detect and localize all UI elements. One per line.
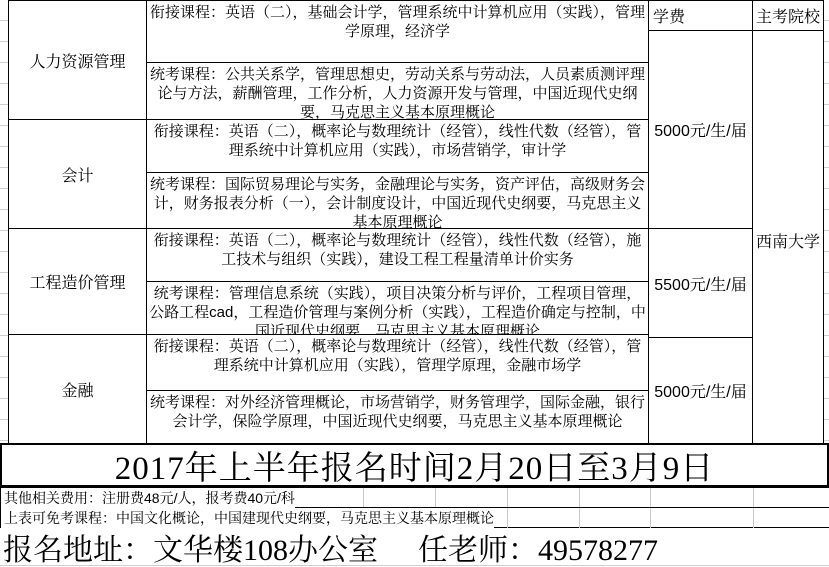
major-cell: 会计 xyxy=(9,120,147,229)
column-gridline xyxy=(650,508,651,528)
unified-courses-cell: 统考课程：对外经济管理概论，市场营销学，财务管理学，国际金融，银行会计学，保险学… xyxy=(147,391,649,443)
majors-course-table: 人力资源管理 会计 工程造价管理 金融 衔接课程：英语（二），基础会计学，管理系… xyxy=(8,0,824,444)
bridge-courses-cell: 衔接课程：英语（二），概率论与数理统计（经管），线性代数（经管），施工技术与组织… xyxy=(147,229,649,282)
major-cell: 工程造价管理 xyxy=(9,229,147,335)
right-margin-gridlines xyxy=(824,0,829,444)
fee-cell: 5000元/生/届 xyxy=(649,31,753,229)
column-gridline xyxy=(579,488,580,507)
unified-courses-cell: 统考课程：管理信息系统（实践），项目决策分析与评价，工程项目管理，公路工程cad… xyxy=(147,282,649,335)
bridge-courses-cell: 衔接课程：英语（二），概率论与数理统计（经管），线性代数（经管），管理系统中计算… xyxy=(147,335,649,391)
notes-section: 其他相关费用：注册费48元/人，报考费40元/科 上表可免考课程：中国文化概论，… xyxy=(0,487,829,528)
column-gridline xyxy=(507,508,508,528)
bridge-courses-cell: 衔接课程：英语（二），基础会计学，管理系统中计算机应用（实践），管理学原理，经济… xyxy=(147,1,649,63)
column-gridline xyxy=(579,508,580,528)
enrollment-table-sheet: 人力资源管理 会计 工程造价管理 金融 衔接课程：英语（二），基础会计学，管理系… xyxy=(0,0,829,567)
fee-column-header: 学费 xyxy=(649,1,753,31)
note-row-exemption: 上表可免考课程：中国文化概论，中国建现代史纲要，马克思主义基本原理概论 xyxy=(1,508,829,528)
major-cell: 金融 xyxy=(9,335,147,443)
note-row-fees: 其他相关费用：注册费48元/人，报考费40元/科 xyxy=(1,488,829,508)
unified-courses-cell: 统考课程：国际贸易理论与实务，金融理论与实务，资产评估，高级财务会计，财务报表分… xyxy=(147,173,649,229)
bridge-courses-cell: 衔接课程：英语（二），概率论与数理统计（经管），线性代数（经管），管理系统中计算… xyxy=(147,120,649,173)
column-gridline xyxy=(507,488,508,507)
footer-contact-line: 报名地址：文华楼108办公室 任老师：49578277 xyxy=(0,528,829,565)
unified-courses-cell: 统考课程：公共关系学，管理思想史，劳动关系与劳动法，人员素质测评理论与方法，薪酬… xyxy=(147,63,649,120)
column-gridline xyxy=(435,488,436,507)
other-fees-note: 其他相关费用：注册费48元/人，报考费40元/科 xyxy=(1,488,295,508)
contact-teacher-phone: 任老师：49578277 xyxy=(418,525,658,567)
registration-period-text: 2017年上半年报名时间2月20日至3月9日 xyxy=(115,442,715,489)
registration-period-banner: 2017年上半年报名时间2月20日至3月9日 xyxy=(0,443,829,487)
registration-address: 报名地址：文华楼108办公室 xyxy=(0,525,378,567)
left-margin-gridlines xyxy=(0,0,8,444)
column-gridline xyxy=(650,488,651,507)
school-cell: 西南大学 xyxy=(753,31,823,443)
fee-cell: 5500元/生/届 xyxy=(649,229,753,338)
column-gridline xyxy=(753,488,754,507)
column-gridline xyxy=(753,508,754,528)
school-column-header: 主考院校 xyxy=(753,1,823,31)
fee-cell: 5000元/生/届 xyxy=(649,338,753,443)
bottom-gridline xyxy=(0,565,829,566)
major-cell: 人力资源管理 xyxy=(9,1,147,120)
exempt-courses-note: 上表可免考课程：中国文化概论，中国建现代史纲要，马克思主义基本原理概论 xyxy=(1,508,494,528)
column-gridline xyxy=(363,488,364,507)
